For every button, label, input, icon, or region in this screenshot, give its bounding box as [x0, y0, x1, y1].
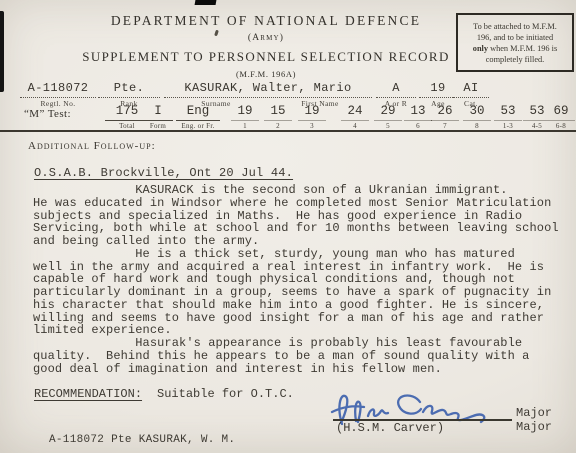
- department-title: DEPARTMENT OF NATIONAL DEFENCE: [0, 13, 532, 29]
- mtest-col-2: 15 2: [265, 104, 292, 130]
- mtest-col-3: 19 3: [299, 104, 326, 130]
- mtest-col-form: I Form: [143, 104, 173, 130]
- regtl-no-value: A-118072: [20, 80, 96, 98]
- footer-reference: A-118072 Pte KASURAK, W. M.: [49, 434, 235, 446]
- instruction-box: To be attached to M.F.M. 196, and to be …: [456, 13, 574, 72]
- instruction-line: only when M.F.M. 196 is: [463, 43, 567, 54]
- mtest-col-7: 26 7: [432, 104, 459, 130]
- mtest-col-lang: Eng Eng. or Fr.: [176, 104, 220, 130]
- mtest-col-6-8: 69 6-8: [548, 104, 575, 130]
- form-number: (M.F.M. 196A): [0, 69, 532, 79]
- mtest-col-5: 29 5: [375, 104, 402, 130]
- form-title: SUPPLEMENT TO PERSONNEL SELECTION RECORD: [0, 49, 532, 65]
- recommendation-label: RECOMMENDATION:: [34, 387, 142, 401]
- mtest-col-6: 13 6: [405, 104, 432, 130]
- a-or-r-value: A: [376, 80, 416, 98]
- name-value: KASURAK, Walter, Mario: [164, 80, 372, 98]
- mtest-col-1: 19 1: [232, 104, 259, 130]
- mtest-col-8: 30 8: [464, 104, 491, 130]
- additional-follow-up-label: Additional Follow-up:: [28, 140, 156, 152]
- branch-subtitle: (Army): [0, 33, 532, 43]
- field-regtl-no: A-118072 Regtl. No.: [20, 80, 96, 108]
- form-header: DEPARTMENT OF NATIONAL DEFENCE (Army) SU…: [0, 13, 532, 79]
- signature-typed-name: (H.S.M. Carver): [336, 421, 444, 435]
- regtl-no-label: Regtl. No.: [20, 98, 96, 108]
- scanned-document-page: DEPARTMENT OF NATIONAL DEFENCE (Army) SU…: [0, 0, 576, 453]
- report-location-date: O.S.A.B. Brockville, Ont 20 Jul 44.: [34, 166, 293, 180]
- instruction-line: 196, and to be initiated: [463, 32, 567, 43]
- signature-rank: Major: [516, 406, 552, 420]
- report-body-text: KASURACK is the second son of a Ukranian…: [33, 184, 559, 375]
- instruction-line: completely filled.: [463, 54, 567, 65]
- age-value: 19: [419, 80, 457, 98]
- mtest-col-4: 24 4: [342, 104, 369, 130]
- horizontal-rule: [0, 130, 576, 132]
- instruction-line: To be attached to M.F.M.: [463, 21, 567, 32]
- rank-value: Pte.: [98, 80, 160, 98]
- recommendation-text: Suitable for O.T.C.: [157, 387, 294, 401]
- scan-artifact-top: [195, 0, 217, 5]
- signature-rank-2: Major: [516, 420, 552, 434]
- cat-value: AI: [453, 80, 489, 98]
- recommendation-line: RECOMMENDATION:Suitable for O.T.C.: [34, 387, 294, 401]
- mtest-col-4-5: 53 4-5: [524, 104, 551, 130]
- m-test-label: “M” Test:: [24, 108, 71, 120]
- mtest-col-1-3: 53 1-3: [495, 104, 522, 130]
